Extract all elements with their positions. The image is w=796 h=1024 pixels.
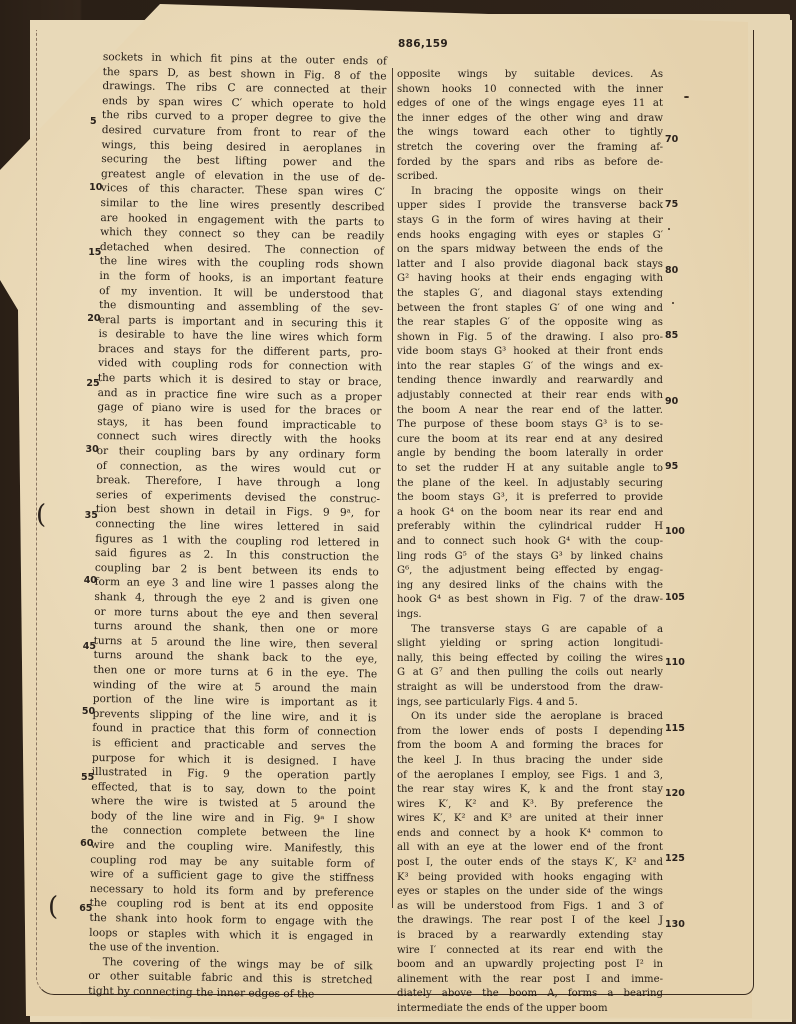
line-number: 75 (665, 199, 678, 210)
text-line: the rear staples G′ of the opposite wing… (397, 316, 663, 331)
text-line: On its under side the aeroplane is brace… (397, 710, 663, 725)
text-line: tending thence inwardly and rearwardly a… (397, 374, 663, 389)
line-number: 120 (665, 788, 685, 799)
line-number: 85 (665, 330, 678, 341)
paper-speck (640, 920, 643, 922)
line-number: 95 (665, 461, 678, 472)
text-line: slight yielding or spring action longitu… (397, 637, 663, 652)
text-line: on the spars midway between the ends of … (397, 243, 663, 258)
text-line: In bracing the opposite wings on their (397, 185, 663, 200)
text-line: forded by the spars and ribs as before d… (397, 156, 663, 171)
line-number: 20 (87, 313, 100, 324)
text-line: is braced by a rearwardly extending stay (397, 929, 663, 944)
line-number: 90 (665, 396, 678, 407)
column-divider (392, 68, 393, 908)
line-number: 125 (665, 853, 685, 864)
line-number: 115 (665, 723, 685, 734)
text-line: into the rear staples G′ of the wings an… (397, 360, 663, 375)
text-line: shown hooks 10 connected with the inner (397, 83, 663, 98)
paper-speck (668, 228, 670, 230)
text-line: opposite wings by suitable devices. As (397, 68, 663, 83)
text-line: wire I′ connected at its rear end with t… (397, 944, 663, 959)
text-line: shown in Fig. 5 of the drawing. I also p… (397, 331, 663, 346)
text-line: boom and an upwardly projecting post I² … (397, 958, 663, 973)
paper-speck (684, 96, 689, 98)
line-number: 35 (85, 510, 98, 521)
text-line: alinement with the rear post I and imme- (397, 973, 663, 988)
text-line: a hook G⁴ on the boom near its rear end … (397, 506, 663, 521)
text-line: all with an eye at the lower end of the … (397, 841, 663, 856)
line-number: 80 (665, 265, 678, 276)
text-line: stays G in the form of wires having at t… (397, 214, 663, 229)
line-number: 15 (88, 247, 101, 258)
right-column: opposite wings by suitable devices. Assh… (397, 68, 663, 1017)
line-number: 45 (83, 641, 96, 652)
text-line: G⁶, the adjustment being effected by eng… (397, 564, 663, 579)
text-line: the inner edges of the other wing and dr… (397, 112, 663, 127)
text-line: edges of one of the wings engage eyes 11… (397, 97, 663, 112)
text-line: the keel J. In thus bracing the under si… (397, 754, 663, 769)
text-line: of the aeroplanes I employ, see Figs. 1 … (397, 769, 663, 784)
text-line: ings, see particularly Figs. 4 and 5. (397, 696, 663, 711)
text-line: upper sides I provide the transverse bac… (397, 199, 663, 214)
text-line: diately above the boom A, forms a bearin… (397, 987, 663, 1002)
text-line: G at G⁷ and then pulling the coils out n… (397, 666, 663, 681)
text-line: from the boom A and forming the braces f… (397, 739, 663, 754)
line-number: 50 (82, 706, 95, 717)
text-line: vide boom stays G³ hooked at their front… (397, 345, 663, 360)
text-line: as will be understood from Figs. 1 and 3… (397, 900, 663, 915)
text-line: the staples G′, and diagonal stays exten… (397, 287, 663, 302)
line-number: 30 (86, 444, 99, 455)
line-number: 130 (665, 919, 685, 930)
text-line: the wings toward each other to tightly (397, 126, 663, 141)
text-line: ing any desired links of the chains with… (397, 579, 663, 594)
text-line: from the lower ends of posts I depending (397, 725, 663, 740)
text-line: and to connect such hook G⁴ with the cou… (397, 535, 663, 550)
line-number: 40 (84, 575, 97, 586)
text-line: wires K′, K² and K³. By preference the (397, 798, 663, 813)
text-line: intermediate the ends of the upper boom (397, 1002, 663, 1017)
line-number: 110 (665, 657, 685, 668)
text-line: the boom A near the rear end of the latt… (397, 404, 663, 419)
text-line: adjustably connected at their rear ends … (397, 389, 663, 404)
text-line: G² having hooks at their ends engaging w… (397, 272, 663, 287)
text-line: K³ being provided with hooks engaging wi… (397, 871, 663, 886)
text-line: the rear stay wires K, k and the front s… (397, 783, 663, 798)
text-line: latter and I also provide diagonal back … (397, 258, 663, 273)
line-number: 70 (665, 134, 678, 145)
text-line: ling rods G⁵ of the stays G³ by linked c… (397, 550, 663, 565)
text-line: the boom stays G³, it is preferred to pr… (397, 491, 663, 506)
text-line: stretch the covering over the framing af… (397, 141, 663, 156)
margin-bracket-mark: ( (36, 500, 46, 530)
line-number: 5 (90, 116, 97, 127)
text-line: post I, the outer ends of the stays K′, … (397, 856, 663, 871)
line-number: 65 (79, 903, 92, 914)
line-number: 55 (81, 772, 94, 783)
text-line: preferably within the cylindrical rudder… (397, 520, 663, 535)
text-line: angle by bending the boom laterally in o… (397, 447, 663, 462)
text-line: scribed. (397, 170, 663, 185)
text-line: to set the rudder H at any suitable angl… (397, 462, 663, 477)
margin-bracket-mark: ( (48, 892, 58, 922)
patent-number: 886,159 (398, 38, 448, 50)
text-line: ends and connect by a hook K⁴ common to (397, 827, 663, 842)
line-number: 100 (665, 526, 685, 537)
text-line: wires K′, K² and K³ are united at their … (397, 812, 663, 827)
text-line: straight as will be understood from the … (397, 681, 663, 696)
text-line: The transverse stays G are capable of a (397, 623, 663, 638)
text-line: The purpose of these boom stays G³ is to… (397, 418, 663, 433)
text-line: hook G⁴ as best shown in Fig. 7 of the d… (397, 593, 663, 608)
text-line: ends hooks engaging with eyes or staples… (397, 229, 663, 244)
paper-speck (672, 302, 674, 304)
text-line: the plane of the keel. In adjustably sec… (397, 477, 663, 492)
text-line: between the front staples G′ of one wing… (397, 302, 663, 317)
line-number: 10 (89, 182, 102, 193)
line-number: 60 (80, 838, 93, 849)
text-line: nally, this being effected by coiling th… (397, 652, 663, 667)
line-number: 105 (665, 592, 685, 603)
text-line: eyes or staples on the under side of the… (397, 885, 663, 900)
text-line: cure the boom at its rear end at any des… (397, 433, 663, 448)
left-column: sockets in which fit pins at the outer e… (88, 50, 387, 1003)
text-line: the drawings. The rear post I of the kee… (397, 914, 663, 929)
line-number: 25 (86, 378, 99, 389)
text-line: ings. (397, 608, 663, 623)
